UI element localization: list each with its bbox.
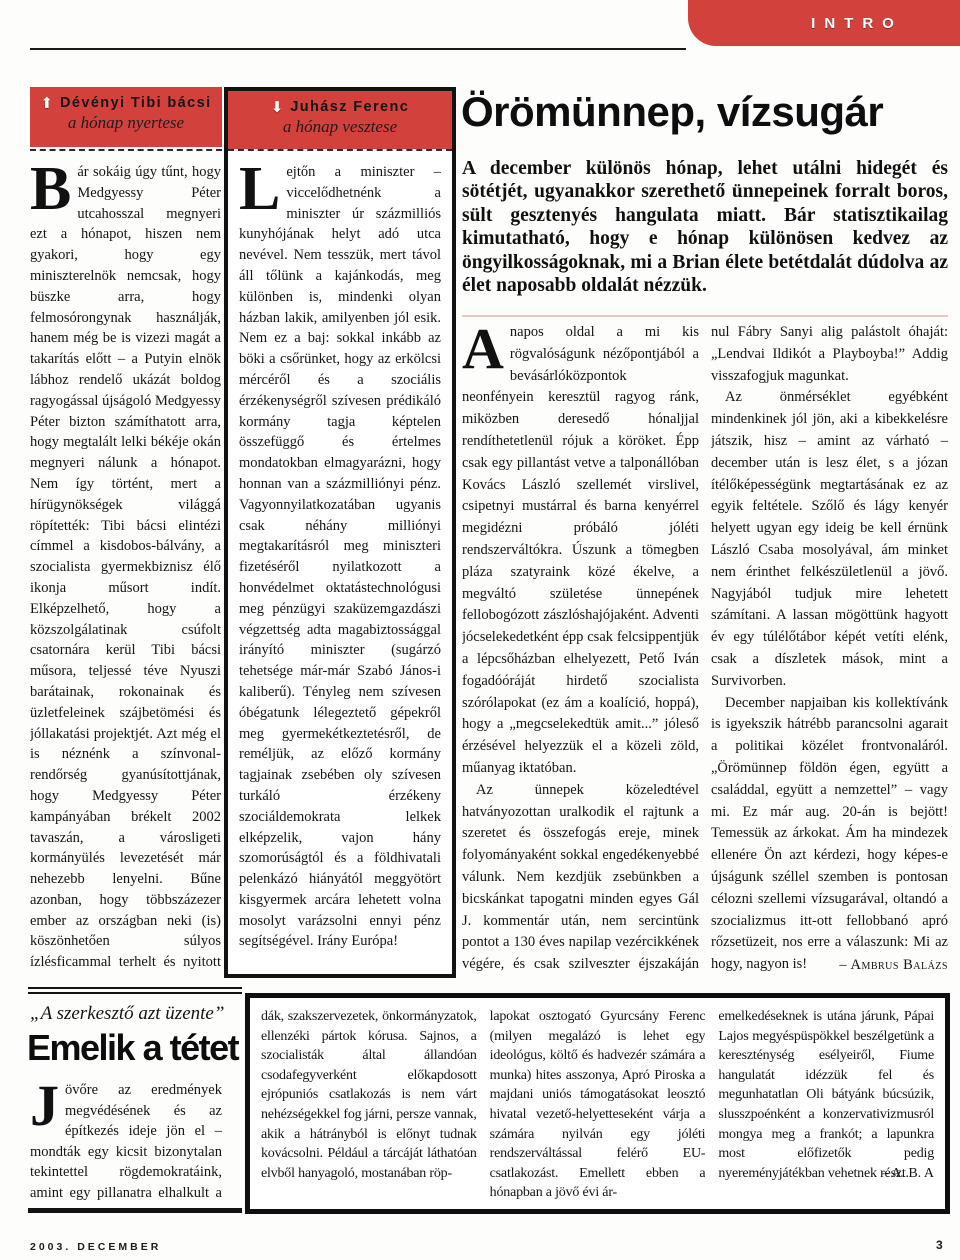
section-label: INTRO (811, 15, 903, 32)
feature-title: Örömünnep, vízsugár (461, 88, 883, 136)
box-column-3: emelkedéseknek is utána járunk, Pápai La… (718, 1007, 934, 1200)
feature-divider (462, 315, 948, 317)
box-column-3-text: emelkedéseknek is utána járunk, Pápai La… (718, 1009, 934, 1181)
winner-dropcap: B (30, 165, 71, 214)
editor-dropcap: J (30, 1083, 59, 1129)
feature-column-2: nul Fábry Sanyi alig palástolt óhaját: „… (711, 322, 948, 978)
footer-page-number: 3 (936, 1238, 943, 1252)
header-rule (30, 48, 686, 50)
loser-header: ⬇ Juhász Ferenc a hónap vesztese (228, 91, 452, 149)
editor-double-rule (28, 987, 242, 994)
down-arrow-icon: ⬇ (271, 100, 284, 115)
winner-body-text: ár sokáig úgy tűnt, hogy Medgyessy Péter… (30, 164, 221, 976)
feature-paragraph: Anapos oldal a mi kis rögvalóságunk néző… (462, 322, 699, 780)
feature-paragraph: nul Fábry Sanyi alig palástolt óhaját: „… (711, 322, 948, 387)
editor-bottom-rule (28, 1208, 242, 1213)
loser-body-text: ejtőn a miniszter – viccelődhetnénk a mi… (239, 164, 441, 949)
loser-name: Juhász Ferenc (290, 99, 409, 115)
box-column-1: dák, szakszervezetek, önkormányzatok, el… (261, 1007, 477, 1200)
magazine-page: INTRO ⬆ Dévényi Tibi bácsi a hónap nyert… (0, 0, 960, 1260)
winner-header: ⬆ Dévényi Tibi bácsi a hónap nyertese (30, 87, 222, 147)
editor-article: Jövőre az eredmények megvédésének és az … (30, 1080, 222, 1206)
feature-paragraph: Az önmérséklet egyébként mindenkinek jól… (711, 387, 948, 692)
feature-lead: A december különös hónap, lehet utálni h… (462, 157, 948, 313)
loser-article: Lejtőn a miniszter – viccelődhetnénk a m… (239, 162, 441, 968)
intro-banner: INTRO (688, 0, 960, 46)
loser-dropcap: L (239, 165, 280, 214)
loser-frame: ⬇ Juhász Ferenc a hónap vesztese Lejtőn … (224, 87, 456, 978)
winner-name: Dévényi Tibi bácsi (60, 95, 211, 111)
winner-article: Bár sokáig úgy tűnt, hogy Medgyessy Péte… (30, 162, 221, 976)
up-arrow-icon: ⬆ (40, 96, 53, 111)
editor-quote: „A szerkesztő azt üzente” (30, 1003, 224, 1025)
feature-column-1: Anapos oldal a mi kis rögvalóságunk néző… (462, 322, 699, 978)
winner-subtitle: a hónap nyertese (30, 113, 222, 133)
continuation-box: dák, szakszervezetek, önkormányzatok, el… (245, 993, 950, 1214)
feature-paragraph: Az ünnepek közeledtével hatványozottan u… (462, 780, 699, 978)
winner-dashed-divider (30, 149, 222, 151)
feature-dropcap: A (462, 326, 504, 372)
feature-paragraph-text: napos oldal a mi kis rögvalóságunk nézőp… (462, 324, 699, 776)
footer-date: 2003. DECEMBER (30, 1241, 161, 1253)
loser-dashed-divider (228, 149, 452, 151)
editor-headline: Emelik a tétet (27, 1027, 238, 1069)
box-column-2: lapokat osztogató Gyurcsány Ferenc (mily… (490, 1007, 706, 1200)
loser-subtitle: a hónap vesztese (228, 117, 452, 137)
feature-paragraph: December napjaiban kis kollektívánk is i… (711, 693, 948, 976)
